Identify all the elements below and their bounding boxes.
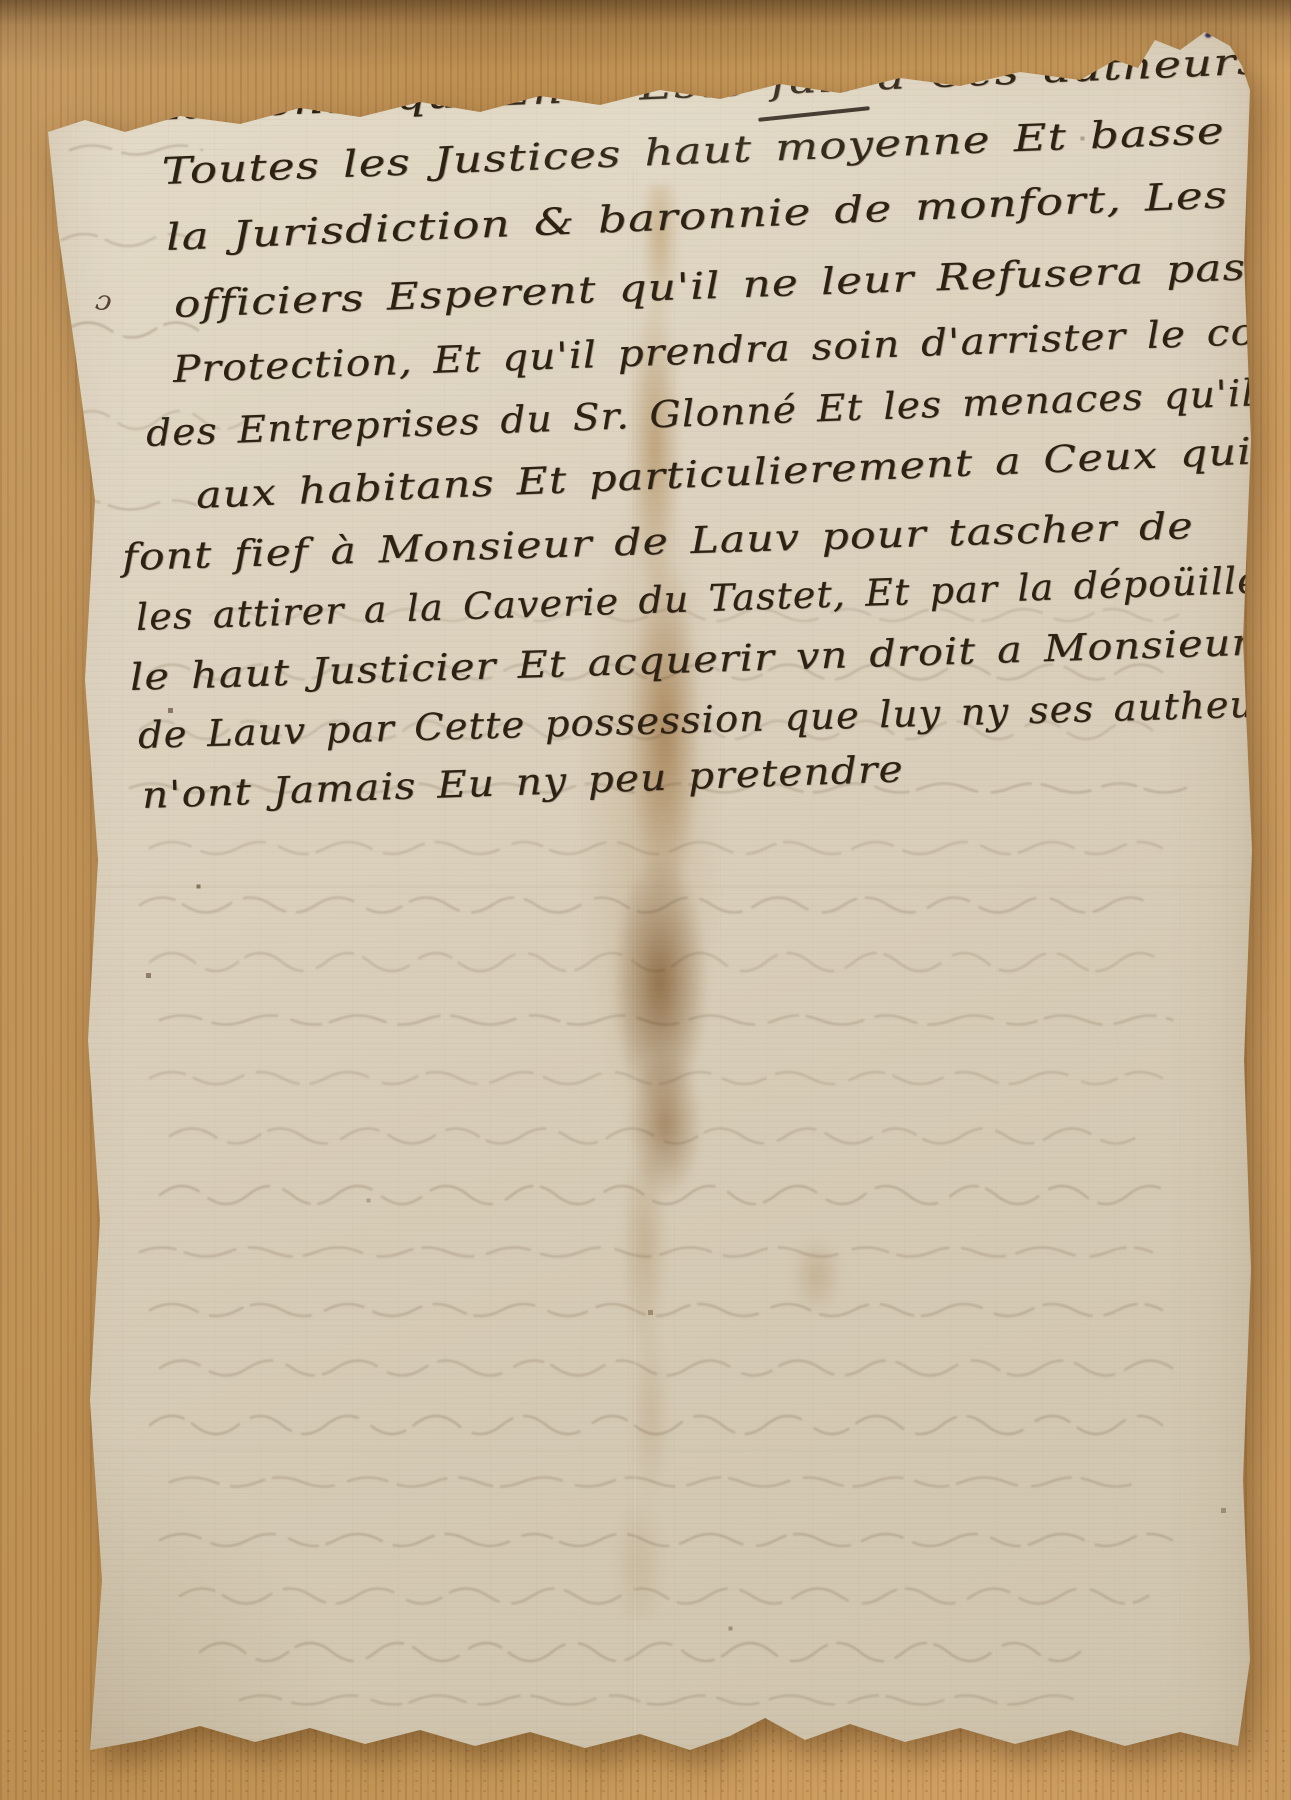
bleedthrough-line bbox=[150, 1304, 1162, 1316]
bleedthrough-line bbox=[160, 1534, 1172, 1546]
bleedthrough-line bbox=[160, 1186, 1172, 1204]
bleedthrough-line bbox=[160, 1016, 1172, 1025]
bleedthrough-line bbox=[180, 1589, 1148, 1604]
bleedthrough-line bbox=[160, 1361, 1172, 1376]
bleedthrough-line bbox=[140, 1248, 1152, 1257]
ink-flecks bbox=[30, 20, 31, 21]
paper-shadow-wrap: La Vente qui En a Esté fait a Ces autheu… bbox=[0, 0, 1291, 1800]
bleedthrough-line bbox=[200, 1643, 1080, 1661]
bleedthrough-line bbox=[150, 842, 1162, 854]
manuscript-paper: La Vente qui En a Esté fait a Ces autheu… bbox=[30, 20, 1265, 1788]
bleedthrough-line bbox=[150, 1416, 1162, 1434]
bleedthrough-line bbox=[170, 1478, 1138, 1487]
bleedthrough-line bbox=[64, 501, 196, 510]
bleedthrough-line bbox=[170, 1129, 1138, 1144]
bleedthrough-line bbox=[150, 953, 1162, 971]
bleedthrough-line bbox=[140, 898, 1152, 913]
manuscript-photo: La Vente qui En a Esté fait a Ces autheu… bbox=[0, 0, 1291, 1800]
bleedthrough-line bbox=[240, 1696, 1076, 1705]
ink-blot bbox=[1142, 22, 1214, 44]
bleedthrough-line bbox=[150, 1072, 1162, 1084]
